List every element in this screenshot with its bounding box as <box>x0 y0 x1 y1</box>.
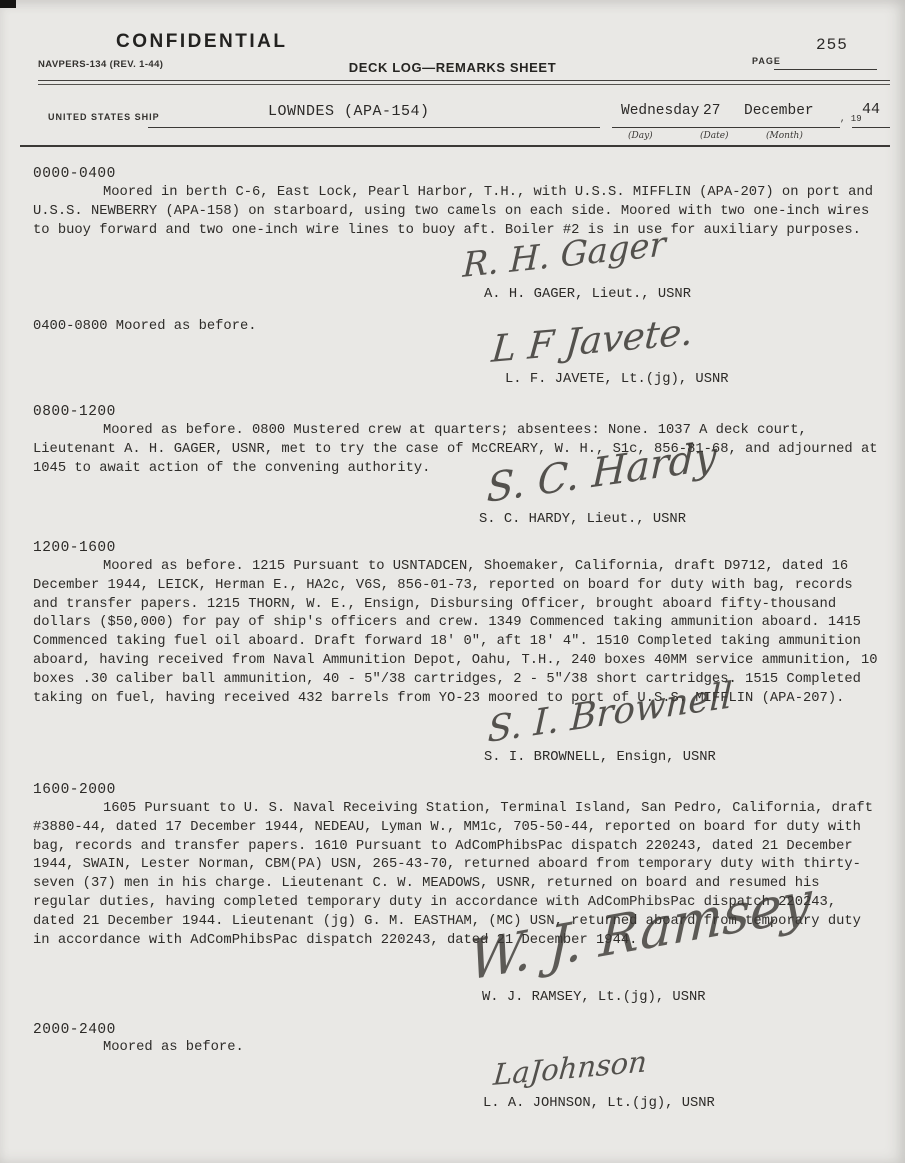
ship-underline <box>148 127 600 128</box>
entry-1200-1600-heading: 1200-1600 <box>33 540 116 556</box>
document-title: DECK LOG—REMARKS SHEET <box>0 60 905 75</box>
entry-0800-1200-heading: 0800-1200 <box>33 404 116 420</box>
date-underline <box>612 127 840 128</box>
page-number: 255 <box>816 36 848 54</box>
date-month-value: December <box>744 103 814 119</box>
entry-0400-0800-line: 0400-0800 Moored as before. <box>33 318 881 337</box>
scan-corner-mark <box>0 0 16 8</box>
year-prefix: , 19 <box>840 114 862 124</box>
day-field-label: (Day) <box>628 131 653 141</box>
signature-typed-johnson: L. A. JOHNSON, Lt.(jg), USNR <box>483 1096 715 1111</box>
entry-0800-1200-text: Moored as before. 0800 Mustered crew at … <box>33 422 881 478</box>
signature-script-johnson: LaJohnson <box>492 1044 648 1092</box>
month-field-label: (Month) <box>766 131 803 141</box>
date-field-label: (Date) <box>700 131 729 141</box>
date-day-value: Wednesday <box>621 103 699 119</box>
date-date-value: 27 <box>703 103 720 119</box>
entry-2000-2400-heading: 2000-2400 <box>33 1022 116 1038</box>
signature-typed-brownell: S. I. BROWNELL, Ensign, USNR <box>484 750 716 765</box>
entry-1600-2000-heading: 1600-2000 <box>33 782 116 798</box>
entry-0000-0400-heading: 0000-0400 <box>33 166 116 182</box>
header-rule-bottom <box>38 84 890 85</box>
entry-0400-0800-heading: 0400-0800 <box>33 319 108 334</box>
year-value: 44 <box>862 101 880 118</box>
ship-name: LOWNDES (APA-154) <box>268 103 430 120</box>
classification-stamp: CONFIDENTIAL <box>116 31 287 53</box>
signature-typed-gager: A. H. GAGER, Lieut., USNR <box>484 287 691 302</box>
ship-label: UNITED STATES SHIP <box>48 112 160 122</box>
entry-0000-0400-text: Moored in berth C-6, East Lock, Pearl Ha… <box>33 184 881 240</box>
entry-0400-0800-text: Moored as before. <box>116 319 257 334</box>
entry-2000-2400-text: Moored as before. <box>103 1040 244 1055</box>
year-underline <box>852 127 890 128</box>
entry-1200-1600-text: Moored as before. 1215 Pursuant to USNTA… <box>33 558 881 708</box>
signature-typed-hardy: S. C. HARDY, Lieut., USNR <box>479 512 686 527</box>
header-rule-top <box>38 80 890 81</box>
deck-log-page: CONFIDENTIAL PAGE 255 NAVPERS-134 (REV. … <box>0 0 905 1163</box>
header-main-rule <box>20 145 890 147</box>
signature-typed-ramsey: W. J. RAMSEY, Lt.(jg), USNR <box>482 990 706 1005</box>
signature-typed-javete: L. F. JAVETE, Lt.(jg), USNR <box>505 372 729 387</box>
